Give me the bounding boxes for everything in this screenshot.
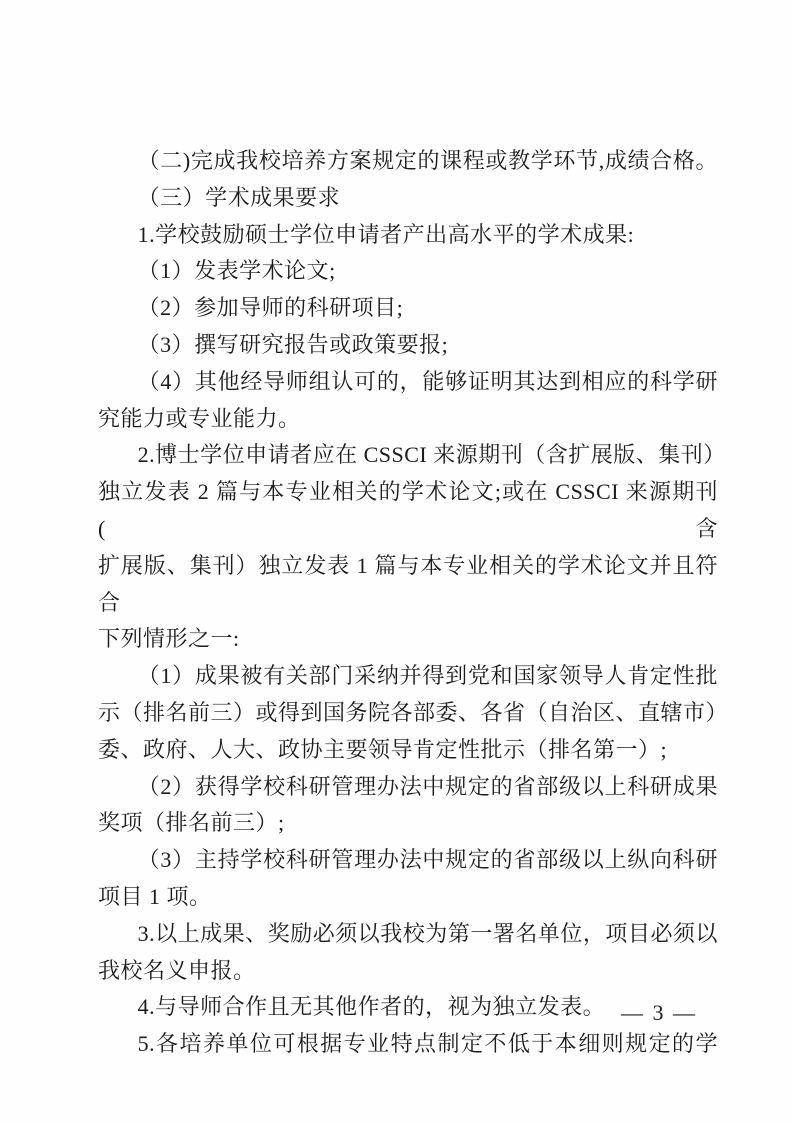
text-line: （3）撰写研究报告或政策要报;: [98, 327, 718, 364]
text-line: 项目 1 项。: [98, 879, 718, 916]
text-line: （二)完成我校培养方案规定的课程或教学环节,成绩合格。: [98, 143, 718, 180]
text-line: 委、政府、人大、政协主要领导肯定性批示（排名第一）;: [98, 732, 718, 769]
text-line: （2）参加导师的科研项目;: [98, 290, 718, 327]
text-line: （3）主持学校科研管理办法中规定的省部级以上纵向科研: [98, 842, 718, 879]
text-line: 扩展版、集刊）独立发表 1 篇与本专业相关的学术论文并且符合: [98, 548, 718, 622]
text-line: 3.以上成果、奖励必须以我校为第一署名单位，项目必须以: [98, 916, 718, 953]
text-line: 示（排名前三）或得到国务院各部委、各省（自治区、直辖市）: [98, 695, 718, 732]
document-body: （二)完成我校培养方案规定的课程或教学环节,成绩合格。 （三）学术成果要求 1.…: [98, 143, 718, 1063]
text-line: 我校名义申报。: [98, 953, 718, 990]
text-line: （1）发表学术论文;: [98, 253, 718, 290]
text-line: （4）其他经导师组认可的，能够证明其达到相应的科学研: [98, 364, 718, 401]
page-number: — 3 —: [621, 1000, 697, 1026]
text-line: （2）获得学校科研管理办法中规定的省部级以上科研成果: [98, 769, 718, 806]
text-line: 究能力或专业能力。: [98, 401, 718, 438]
text-line: 5.各培养单位可根据专业特点制定不低于本细则规定的学: [98, 1026, 718, 1063]
text-line: 下列情形之一:: [98, 621, 718, 658]
document-page: （二)完成我校培养方案规定的课程或教学环节,成绩合格。 （三）学术成果要求 1.…: [0, 0, 793, 1122]
text-line: （1）成果被有关部门采纳并得到党和国家领导人肯定性批: [98, 658, 718, 695]
text-line: 2.博士学位申请者应在 CSSCI 来源期刊（含扩展版、集刊）: [98, 437, 718, 474]
text-line: 独立发表 2 篇与本专业相关的学术论文;或在 CSSCI 来源期刊(含: [98, 474, 718, 548]
text-line: （三）学术成果要求: [98, 180, 718, 217]
text-line: 1.学校鼓励硕士学位申请者产出高水平的学术成果:: [98, 217, 718, 254]
text-line: 奖项（排名前三）;: [98, 805, 718, 842]
